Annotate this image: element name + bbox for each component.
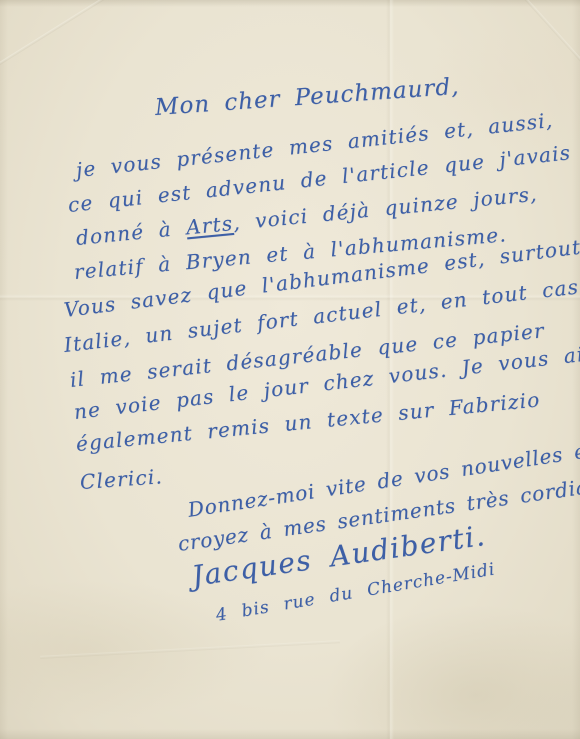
letter-scan: Mon cher Peuchmaurd, je vous présente me… <box>0 0 580 739</box>
magazine-name-underlined: Arts <box>185 211 234 239</box>
